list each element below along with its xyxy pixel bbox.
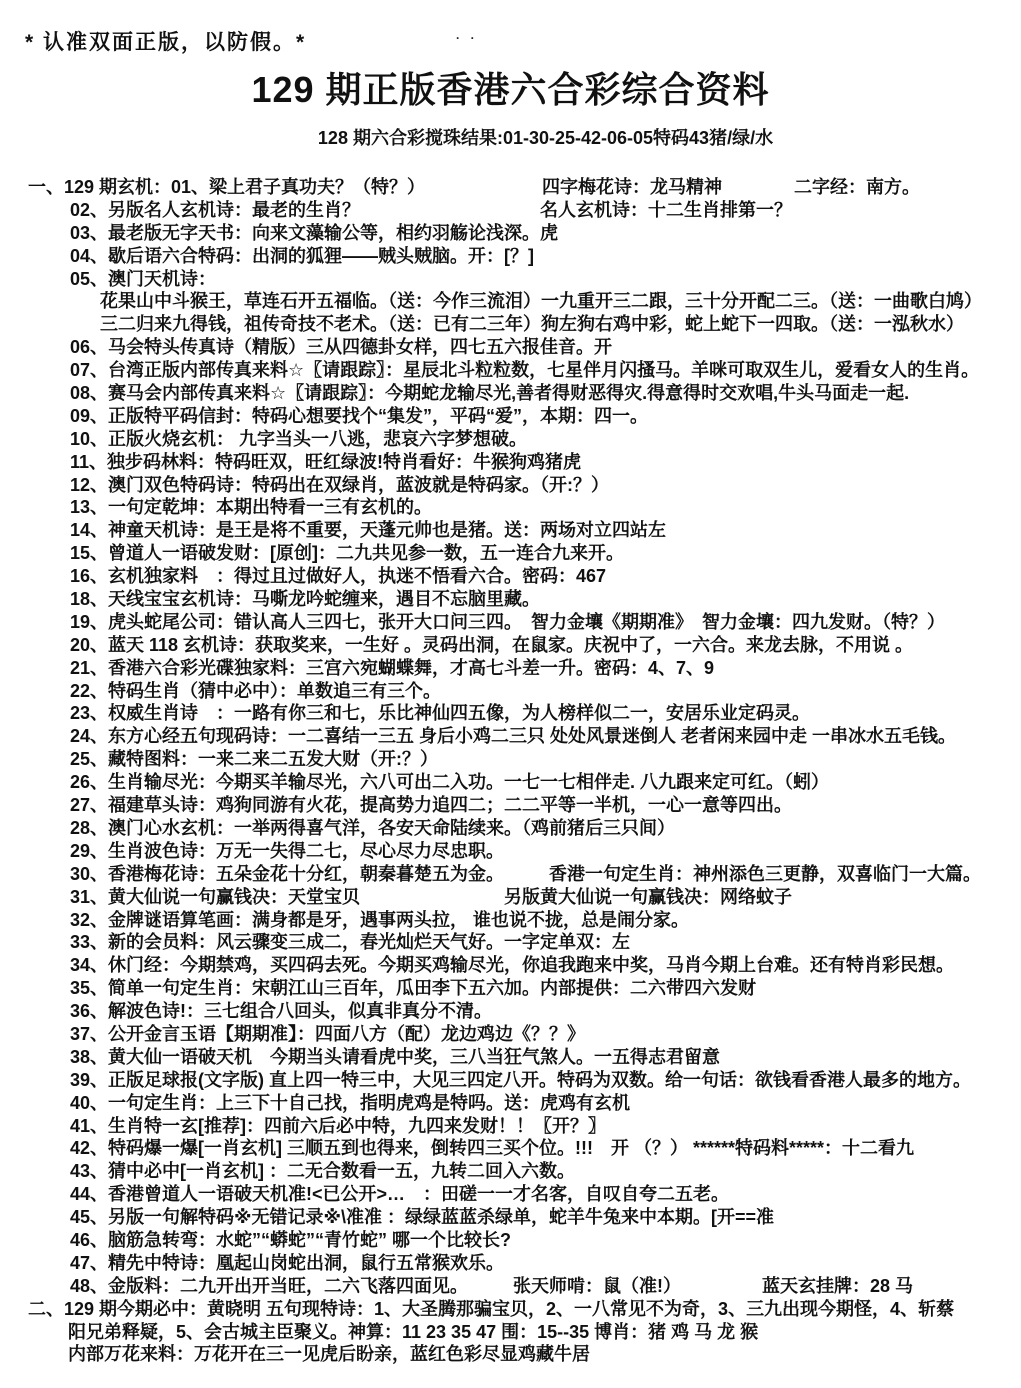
document-line: 12、澳门双色特码诗：特码出在双绿肖，蓝波就是特码家。（开:？） — [70, 474, 1021, 497]
document-line: 08、赛马会内部传真来料☆〖请跟踪〗：今期蛇龙输尽光,善者得财恶得灾.得意得时交… — [70, 382, 1021, 405]
document-line: 06、马会特头传真诗（精版）三从四德卦女样，四七五六报佳音。开 — [70, 336, 1021, 359]
document-line: 29、生肖波色诗：万无一失得二七，尽心尽力尽忠职。 — [70, 840, 1021, 863]
document-line: 30、香港梅花诗：五朵金花十分红，朝秦暮楚五为金。 香港一句定生肖：神州添色三更… — [70, 863, 1021, 886]
document-line: 38、黄大仙一语破天机 今期当头请看虎中奖，三八当狂气煞人。一五得志君留意 — [70, 1046, 1021, 1069]
document-line: 47、精先中特诗：凰起山岗蛇出洞，鼠行五常猴欢乐。 — [70, 1252, 1021, 1275]
document-line: 45、另版一句解特码※无错记录※\准准 ：绿绿蓝蓝杀绿单，蛇羊牛兔来中本期。[开… — [70, 1206, 1021, 1229]
document-line: 三二归来九得钱，祖传奇技不老术。（送：已有二三年）狗左狗右鸡中彩，蛇上蛇下一四取… — [100, 313, 1021, 336]
document-line: 15、曾道人一语破发财：[原创]：二九共见参一数，五一连合九来开。 — [70, 542, 1021, 565]
document-line: 39、正版足球报(文字版) 直上四一特三中，大见三四定八开。特码为双数。给一句话… — [70, 1069, 1021, 1092]
document-line: 02、另版名人玄机诗：最老的生肖？ 名人玄机诗：十二生肖排第一？ — [70, 199, 1021, 222]
content-lines: 一、129 期玄机：01、梁上君子真功夫？（特？） 四字梅花诗：龙马精神 二字经… — [28, 176, 1021, 1366]
document-line: 10、正版火烧玄机： 九字当头一八逃，悲哀六字梦想破。 — [70, 428, 1021, 451]
anti-fake-notice: * 认准双面正版，以防假。* — [25, 26, 306, 56]
document-line: 46、脑筋急转弯：水蛇”“蟒蛇”“青竹蛇” 哪一个比较长? — [70, 1229, 1021, 1252]
document-line: 26、生肖输尽光：今期买羊输尽光，六八可出二入功。一七一七相伴走. 八九跟来定可… — [70, 771, 1021, 794]
document-line: 40、一句定生肖：上三下十自己找，指明虎鸡是特吗。送：虎鸡有玄机 — [70, 1092, 1021, 1115]
document-line: 14、神童天机诗：是王是将不重要，天蓬元帅也是猪。送：两场对立四站左 — [70, 519, 1021, 542]
document-line: 31、黄大仙说一句赢钱决：天堂宝贝 另版黄大仙说一句赢钱决：网络蚊子 — [70, 886, 1021, 909]
document-line: 27、福建草头诗：鸡狗同游有火花，提高势力追四二；二二平等一半机，一心一意等四出… — [70, 794, 1021, 817]
document-line: 21、香港六合彩光碟独家料：三宫六宛蝴蝶舞，才高七斗差一升。密码：4、7、9 — [70, 657, 1021, 680]
document-line: 36、解波色诗!：三七组合八回头，似真非真分不清。 — [70, 1000, 1021, 1023]
stray-dots: . . — [456, 28, 478, 42]
document-line: 41、生肖特一玄[推荐]：四前六后必中特，九四来发财！！〖开？〗 — [70, 1115, 1021, 1138]
document-line: 35、简单一句定生肖：宋朝江山三百年，瓜田李下五六加。内部提供：二六带四六发财 — [70, 977, 1021, 1000]
document-line: 20、蓝天 118 玄机诗：获取奖来，一生好 。灵码出洞，在鼠家。庆祝中了，一六… — [70, 634, 1021, 657]
document-line: 13、一句定乾坤：本期出特看一三有玄机的。 — [70, 496, 1021, 519]
document-line: 内部万花来料：万花开在三一见虎后盼亲，蓝红色彩尽显鸡藏牛居 — [68, 1343, 1021, 1366]
document-line: 二、129 期今期必中：黄晓明 五句现特诗：1、大圣腾那骗宝贝，2、一八常见不为… — [28, 1298, 1021, 1321]
document-line: 19、虎头蛇尾公司：错认高人三四七，张开大口问三四。 智力金壤《期期准》 智力金… — [70, 611, 1021, 634]
document-line: 23、权威生肖诗 ：一路有你三和七，乐比神仙四五像，为人榜样似二一，安居乐业定码… — [70, 702, 1021, 725]
document-line: 48、金版料：二九开出开当旺，二六飞落四面见。 张天师啃：鼠（准!） 蓝天玄挂牌… — [70, 1275, 1021, 1298]
document-line: 16、玄机独家料 ：得过且过做好人，执迷不悟看六合。密码：467 — [70, 565, 1021, 588]
document-line: 04、歇后语六合特码：出洞的狐狸——贼头贼脑。开：[？] — [70, 245, 1021, 268]
document-line: 18、天线宝宝玄机诗：马嘶龙吟蛇缠来，遇目不忘脑里藏。 — [70, 588, 1021, 611]
document-line: 05、澳门天机诗： — [70, 268, 1021, 291]
document-page: * 认准双面正版，以防假。* . . 129 期正版香港六合彩综合资料 128 … — [0, 0, 1021, 1388]
document-line: 43、猜中必中[一肖玄机] ：二无合数看一五，九转二回入六数。 — [70, 1160, 1021, 1183]
page-title: 129 期正版香港六合彩综合资料 — [0, 62, 1021, 113]
document-line: 33、新的会员料：风云骤变三成二，春光灿烂天气好。一字定单双：左 — [70, 931, 1021, 954]
document-line: 22、特码生肖（猜中必中）：单数追三有三个。 — [70, 680, 1021, 703]
document-line: 37、公开金言玉语【期期准】：四面八方（配）龙边鸡边《？？》 — [70, 1023, 1021, 1046]
document-line: 11、独步码林料：特码旺双，旺红绿波!特肖看好：牛猴狗鸡猪虎 — [70, 451, 1021, 474]
document-line: 32、金牌谜语算笔画：满身都是牙，遇事两头拉， 谁也说不拢，总是闹分家。 — [70, 909, 1021, 932]
document-line: 34、休门经：今期禁鸡，买四码去死。今期买鸡输尽光，你追我跑来中奖，马肖今期上台… — [70, 954, 1021, 977]
document-line: 花果山中斗猴王，草连石开五福临。（送：今作三流泪）一九重开三二跟，三十分开配二三… — [100, 290, 1021, 313]
document-line: 28、澳门心水玄机：一举两得喜气洋，各安天命陆续来。（鸡前猪后三只间） — [70, 817, 1021, 840]
document-line: 03、最老版无字天书：向来文藻输公等，相约羽觞论浅深。虎 — [70, 222, 1021, 245]
document-line: 25、藏特图料：一来二来二五发大财（开:？） — [70, 748, 1021, 771]
document-line: 44、香港曾道人一语破天机准!<已公开>… ：田磋一一才名客，自叹自夸二五老。 — [70, 1183, 1021, 1206]
document-line: 一、129 期玄机：01、梁上君子真功夫？（特？） 四字梅花诗：龙马精神 二字经… — [28, 176, 1021, 199]
document-line: 阳兄弟释疑，5、会古城主臣聚义。神算：11 23 35 47 围：15--35 … — [68, 1321, 1021, 1344]
previous-draw-result: 128 期六合彩搅珠结果:01-30-25-42-06-05特码43猪/绿/水 — [35, 124, 1021, 150]
document-line: 09、正版特平码信封：特码心想要找个“集发”，平码“爱”，本期：四一。 — [70, 405, 1021, 428]
document-line: 24、东方心经五句现码诗：一二喜结一三五 身后小鸡二三只 处处风景迷倒人 老者闲… — [70, 725, 1021, 748]
document-line: 42、特码爆一爆[一肖玄机] 三顺五到也得来，倒转四三买个位。!!! 开 （？）… — [70, 1137, 1021, 1160]
document-line: 07、台湾正版内部传真来料☆〖请跟踪〗：星辰北斗粒粒数，七星伴月闪搔马。羊咪可取… — [70, 359, 1021, 382]
